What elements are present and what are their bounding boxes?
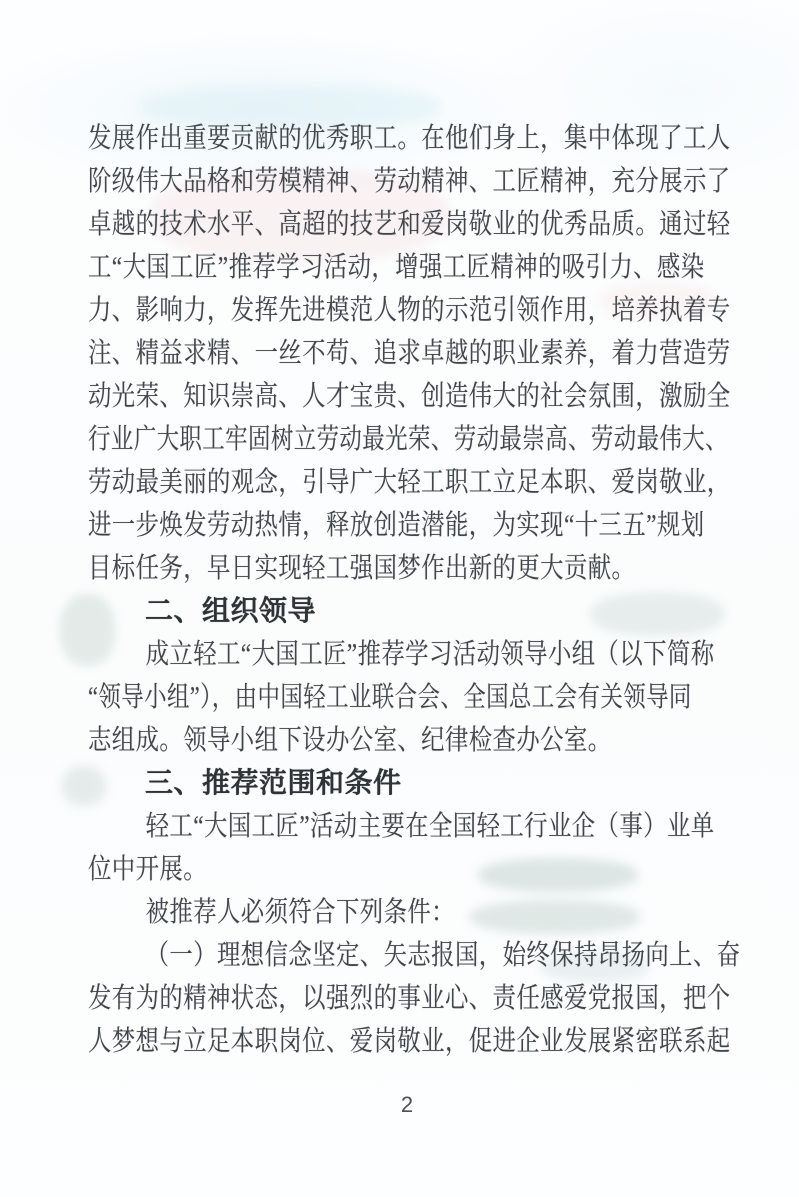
text-line: 人梦想与立足本职岗位、爱岗敬业，促进企业发展紧密联系起: [88, 1020, 612, 1063]
text-line: 阶级伟大品格和劳模精神、劳动精神、工匠精神，充分展示了: [88, 160, 612, 203]
text-line: 行业广大职工牢固树立劳动最光荣、劳动最崇高、劳动最伟大、: [88, 418, 592, 461]
text-line: （一）理想信念坚定、矢志报国，始终保持昂扬向上、奋: [88, 934, 612, 977]
section-heading-scope-conditions: 三、推荐范围和条件: [88, 762, 716, 805]
text-line: 劳动最美丽的观念，引导广大轻工职工立足本职、爱岗敬业，: [88, 461, 612, 504]
text-line: 工“大国工匠”推荐学习活动，增强工匠精神的吸引力、感染: [88, 246, 612, 289]
text-line: 被推荐人必须符合下列条件：: [88, 891, 612, 934]
text-line: 志组成。领导小组下设办公室、纪律检查办公室。: [88, 719, 612, 762]
page-number: 2: [0, 1092, 799, 1118]
document-body: 发展作出重要贡献的优秀职工。在他们身上，集中体现了工人 阶级伟大品格和劳模精神、…: [88, 117, 716, 1063]
text-line: 卓越的技术水平、高超的技艺和爱岗敬业的优秀品质。通过轻: [88, 203, 612, 246]
text-line: 位中开展。: [88, 848, 612, 891]
text-line: 注、精益求精、一丝不苟、追求卓越的职业素养，着力营造劳: [88, 332, 612, 375]
text-line: 轻工“大国工匠”活动主要在全国轻工行业企（事）业单: [88, 805, 612, 848]
text-line: 发展作出重要贡献的优秀职工。在他们身上，集中体现了工人: [88, 117, 612, 160]
text-line: 目标任务，早日实现轻工强国梦作出新的更大贡献。: [88, 547, 612, 590]
text-line: 进一步焕发劳动热情，释放创造潜能，为实现“十三五”规划: [88, 504, 612, 547]
text-line: 成立轻工“大国工匠”推荐学习活动领导小组（以下简称: [88, 633, 612, 676]
text-line: 发有为的精神状态，以强烈的事业心、责任感爱党报国，把个: [88, 977, 612, 1020]
text-line: 动光荣、知识崇高、人才宝贵、创造伟大的社会氛围，激励全: [88, 375, 612, 418]
section-heading-organization: 二、组织领导: [88, 590, 716, 633]
text-line: “领导小组”），由中国轻工业联合会、全国总工会有关领导同: [88, 676, 592, 719]
scanned-document-page: 发展作出重要贡献的优秀职工。在他们身上，集中体现了工人 阶级伟大品格和劳模精神、…: [0, 0, 799, 1197]
text-line: 力、影响力，发挥先进模范人物的示范引领作用，培养执着专: [88, 289, 612, 332]
